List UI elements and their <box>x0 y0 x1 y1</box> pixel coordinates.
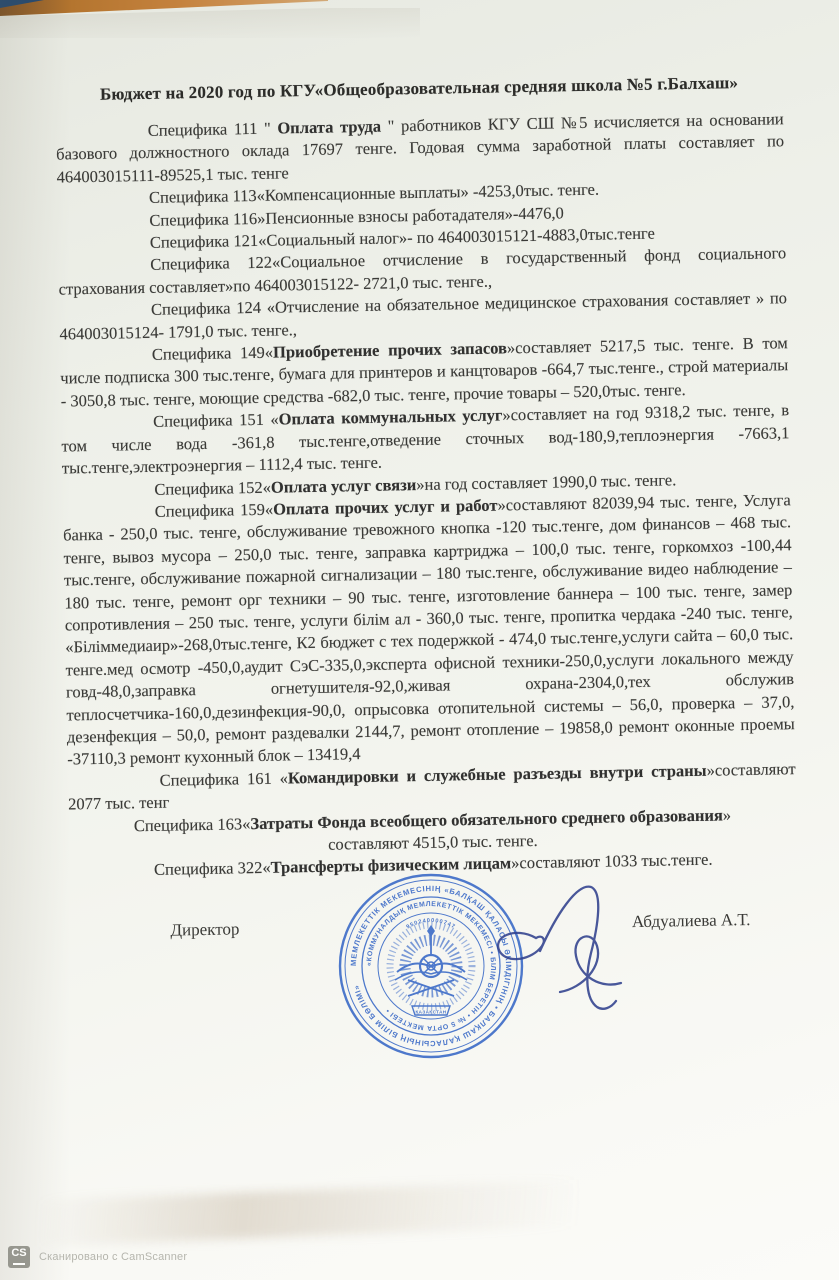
signatory-name: Абдуалиева А.Т. <box>632 910 751 932</box>
page-title: Бюджет на 2020 год по КГУ«Общеобразовате… <box>55 71 783 106</box>
watermark-caption: Сканировано с CamScanner <box>39 1251 187 1263</box>
document-body: Бюджет на 2020 год по КГУ«Общеобразовате… <box>55 71 798 883</box>
camscanner-badge-label: CS <box>11 1246 26 1261</box>
camscanner-logo-icon: CS <box>8 1246 30 1268</box>
paragraphs: Специфика 111 " Оплата труда " работнико… <box>56 108 798 883</box>
stamp-banner-text: ҚАЗАҚСТАН <box>415 1010 446 1015</box>
camscanner-watermark: CS Сканировано с CamScanner <box>8 1246 187 1268</box>
body-paragraph: Специфика 159«Оплата прочих услуг и рабо… <box>63 489 796 771</box>
director-label: Директор <box>170 919 239 940</box>
official-stamp: МЕМЛЕКЕТТІК МЕКЕМЕСІНІҢ «БАЛҚАШ ҚАЛАСЫ Ә… <box>336 866 526 1066</box>
document-sheet: Бюджет на 2020 год по КГУ«Общеобразовате… <box>0 0 839 1280</box>
scanned-page: Бюджет на 2020 год по КГУ«Общеобразовате… <box>0 0 839 1280</box>
